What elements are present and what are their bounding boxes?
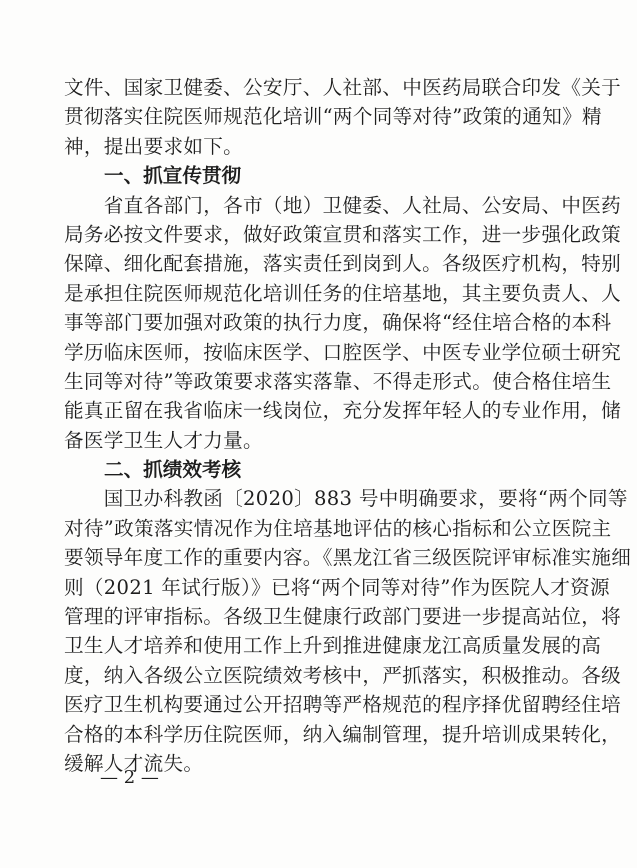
text-line: 卫生人才培养和使用工作上升到推进健康龙江高质量发展的高 (64, 631, 570, 660)
intro-paragraph: 文件、国家卫健委、公安厅、人社部、中医药局联合印发《关于 贯彻落实住院医师规范化… (64, 73, 570, 161)
text-line: 保障、细化配套措施，落实责任到岗到人。各级医疗机构，特别 (64, 249, 570, 278)
text-line: 文件、国家卫健委、公安厅、人社部、中医药局联合印发《关于 (64, 73, 570, 102)
text-line: 合格的本科学历住院医师，纳入编制管理，提升培训成果转化， (64, 720, 570, 749)
text-line: 省直各部门，各市（地）卫健委、人社局、公安局、中医药 (64, 191, 570, 220)
text-line: 要领导年度工作的重要内容。《黑龙江省三级医院评审标准实施细 (64, 543, 570, 572)
section-2-paragraph: 国卫办科教函〔2020〕883 号中明确要求，要将“两个同等 对待”政策落实情况… (64, 484, 570, 778)
text-line: 对待”政策落实情况作为住培基地评估的核心指标和公立医院主 (64, 514, 570, 543)
text-line: 国卫办科教函〔2020〕883 号中明确要求，要将“两个同等 (64, 484, 570, 513)
document-page: 文件、国家卫健委、公安厅、人社部、中医药局联合印发《关于 贯彻落实住院医师规范化… (64, 73, 570, 778)
text-line: 神，提出要求如下。 (64, 132, 570, 161)
section-heading-1: 一、抓宣传贯彻 (64, 161, 570, 190)
text-line: 是承担住院医师规范化培训任务的住培基地，其主要负责人、人 (64, 279, 570, 308)
page-number: — 2 — (100, 766, 159, 790)
text-line: 贯彻落实住院医师规范化培训“两个同等对待”政策的通知》精 (64, 102, 570, 131)
text-line: 能真正留在我省临床一线岗位，充分发挥年轻人的专业作用，储 (64, 396, 570, 425)
text-line: 局务必按文件要求，做好政策宣贯和落实工作，进一步强化政策 (64, 220, 570, 249)
text-line: 学历临床医师，按临床医学、口腔医学、中医专业学位硕士研究 (64, 338, 570, 367)
text-line: 则（2021 年试行版）》已将“两个同等对待”作为医院人才资源 (64, 573, 570, 602)
text-line: 医疗卫生机构要通过公开招聘等严格规范的程序择优留聘经住培 (64, 690, 570, 719)
section-heading-2: 二、抓绩效考核 (64, 455, 570, 484)
text-line: 度，纳入各级公立医院绩效考核中，严抓落实，积极推动。各级 (64, 661, 570, 690)
text-line: 生同等对待”等政策要求落实落靠、不得走形式。使合格住培生 (64, 367, 570, 396)
text-line: 备医学卫生人才力量。 (64, 426, 570, 455)
section-1-paragraph: 省直各部门，各市（地）卫健委、人社局、公安局、中医药 局务必按文件要求，做好政策… (64, 191, 570, 456)
text-line: 事等部门要加强对政策的执行力度，确保将“经住培合格的本科 (64, 308, 570, 337)
text-line: 管理的评审指标。各级卫生健康行政部门要进一步提高站位，将 (64, 602, 570, 631)
